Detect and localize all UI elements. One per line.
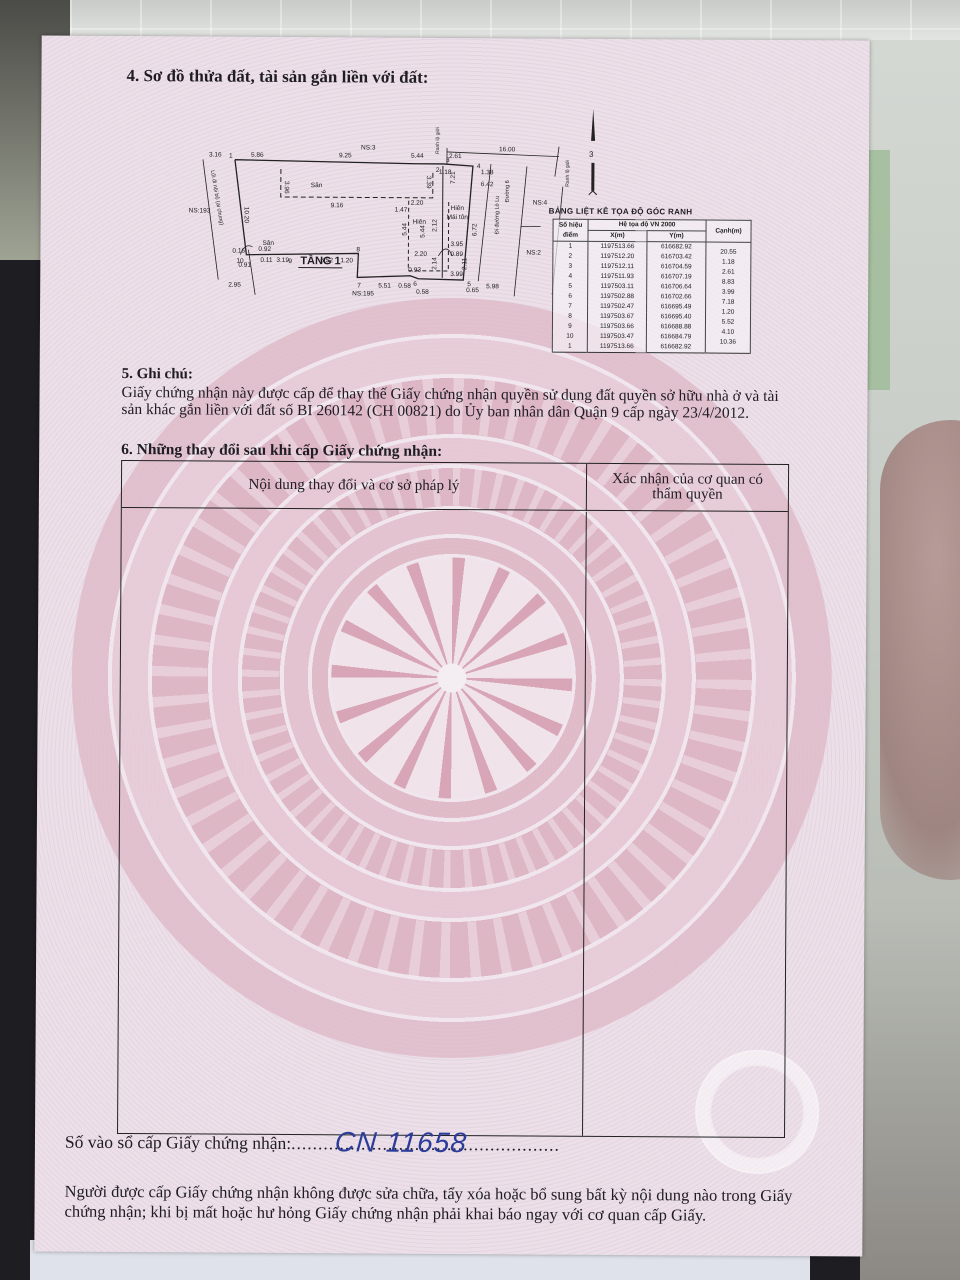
svg-text:10.20: 10.20: [243, 207, 250, 224]
svg-text:5.98: 5.98: [486, 283, 499, 290]
land-parcel-sketch: NS:3 NS:193 NS:195 NS:4 NS:2 Sân Hiên Hi…: [180, 104, 601, 307]
coordinate-edge: 7.18: [706, 293, 751, 303]
svg-text:2.14: 2.14: [431, 257, 438, 270]
coordinate-point: 2: [553, 252, 588, 262]
svg-text:5.44: 5.44: [419, 225, 426, 238]
finger-holding-document: [880, 420, 960, 880]
coordinate-x: 1197503.66: [587, 322, 646, 332]
authority-confirmation-cell: [584, 512, 788, 1137]
svg-text:0.89: 0.89: [450, 251, 463, 258]
coordinate-y: 616702.66: [647, 292, 706, 302]
svg-text:7.21: 7.21: [450, 171, 457, 184]
svg-text:3.19: 3.19: [276, 257, 289, 264]
svg-text:0.65: 0.65: [466, 287, 479, 294]
coordinate-y: 616706.64: [647, 282, 706, 292]
coordinate-x: 1197512.11: [588, 262, 647, 272]
svg-text:2.61: 2.61: [449, 153, 462, 160]
coordinate-y: 616704.59: [647, 262, 706, 272]
svg-text:1.47: 1.47: [395, 207, 408, 214]
svg-text:6.72: 6.72: [472, 223, 479, 236]
coordinate-x: 1197503.47: [587, 332, 646, 342]
coordinate-point: 3: [553, 262, 588, 272]
coordinate-point: 9: [552, 322, 587, 332]
svg-text:Ranh lộ giới: Ranh lộ giới: [435, 127, 441, 154]
coordinate-edge: 8.83: [706, 273, 751, 283]
coordinate-edge: 2.61: [706, 263, 751, 273]
svg-text:5.51: 5.51: [378, 283, 391, 290]
coordinate-x: 1197512.20: [588, 252, 647, 262]
coordinate-y: 616682.92: [647, 242, 706, 253]
svg-text:Mái tôn: Mái tôn: [447, 214, 469, 221]
coordinate-edge: 3.99: [706, 283, 751, 293]
svg-text:0.58: 0.58: [398, 283, 411, 290]
coordinate-point: 4: [553, 272, 588, 282]
change-content-cell: [118, 509, 587, 1136]
section-4-title: 4. Sơ đồ thửa đất, tài sản gắn liền với …: [126, 66, 428, 88]
svg-text:1: 1: [229, 153, 233, 160]
svg-text:7: 7: [357, 282, 361, 289]
coordinate-x: 1197502.88: [588, 292, 647, 302]
header-change-content: Nội dung thay đổi và cơ sở pháp lý: [122, 461, 587, 511]
coordinate-edge: 20.55: [706, 242, 751, 253]
coordinate-x: 1197503.11: [588, 282, 647, 292]
svg-text:3: 3: [589, 150, 594, 159]
svg-text:NS:195: NS:195: [352, 290, 374, 297]
coordinate-x: 1197513.66: [587, 342, 646, 353]
coordinate-edge: 5.52: [705, 313, 750, 323]
svg-text:3.95: 3.95: [450, 241, 463, 248]
svg-text:9.16: 9.16: [331, 202, 344, 209]
svg-text:Sân: Sân: [311, 182, 323, 189]
coordinate-edge: [705, 343, 750, 354]
coordinate-y: 616695.40: [646, 312, 705, 322]
svg-text:5.44: 5.44: [411, 153, 424, 160]
svg-text:3.99: 3.99: [450, 271, 463, 278]
header-edge: Cạnh(m): [706, 220, 751, 242]
coordinate-edge: 10.36: [705, 333, 750, 343]
header-x: X(m): [588, 230, 647, 241]
svg-text:3.96: 3.96: [283, 181, 290, 194]
svg-text:1.38: 1.38: [481, 169, 494, 176]
coordinate-y: 616695.49: [647, 302, 706, 312]
coordinate-point: 1: [552, 342, 587, 353]
svg-text:NS:3: NS:3: [361, 144, 376, 151]
svg-text:NS:193: NS:193: [189, 207, 211, 214]
coordinate-x: 1197503.67: [587, 312, 646, 322]
coordinate-y: 616682.92: [646, 342, 705, 353]
registration-number-handwritten: CN 11658: [334, 1126, 468, 1159]
svg-text:2.20: 2.20: [414, 251, 427, 258]
coordinate-y: 616688.88: [646, 322, 705, 332]
floor-label: TẦNG 1: [298, 255, 342, 268]
coordinate-x: 1197511.93: [588, 272, 647, 282]
coordinate-point: 6: [553, 292, 588, 302]
svg-text:Đi đường Lò Lu: Đi đường Lò Lu: [495, 196, 501, 235]
svg-text:3.39: 3.39: [425, 176, 432, 189]
svg-text:2.11: 2.11: [461, 257, 468, 270]
coordinate-x: 1197502.47: [588, 302, 647, 312]
coordinate-y: 616684.79: [646, 332, 705, 342]
svg-text:Hiên: Hiên: [451, 205, 465, 212]
coordinate-y: 616707.19: [647, 272, 706, 282]
coordinate-table: Số hiệu điểm Hệ tọa độ VN 2000 Cạnh(m) X…: [552, 219, 752, 354]
svg-text:Hiên: Hiên: [413, 219, 427, 226]
coordinate-point: 5: [553, 282, 588, 292]
notes-text: Giấy chứng nhận này được cấp để thay thế…: [121, 384, 801, 422]
svg-text:9.25: 9.25: [339, 152, 352, 159]
svg-text:NS:2: NS:2: [526, 249, 541, 256]
svg-text:8: 8: [356, 246, 360, 253]
svg-text:0.16: 0.16: [232, 248, 245, 255]
svg-text:0.93: 0.93: [408, 267, 421, 274]
svg-text:5.86: 5.86: [251, 152, 264, 159]
svg-text:Lối đi nội bộ (ai chung): Lối đi nội bộ (ai chung): [209, 170, 224, 226]
section-5-title: 5. Ghi chú:: [122, 366, 193, 383]
header-authority-confirmation: Xác nhận của cơ quan có thẩm quyền: [587, 464, 788, 512]
svg-text:16.00: 16.00: [499, 146, 516, 153]
section-6-title: 6. Những thay đổi sau khi cấp Giấy chứng…: [121, 441, 442, 461]
coordinate-table-title: BẢNG LIỆT KÊ TỌA ĐỘ GÓC RANH: [549, 207, 693, 217]
coordinate-y: 616703.42: [647, 252, 706, 262]
header-y: Y(m): [647, 231, 706, 242]
svg-text:3.16: 3.16: [209, 152, 222, 159]
svg-text:6.42: 6.42: [481, 181, 494, 188]
svg-text:2.20: 2.20: [411, 200, 424, 207]
svg-text:0.11: 0.11: [260, 257, 273, 264]
coordinate-point: 1: [553, 241, 588, 252]
north-arrow-icon: 3: [583, 101, 604, 201]
header-system: Hệ tọa độ VN 2000: [588, 219, 706, 231]
registration-label: Số vào sổ cấp Giấy chứng nhận:: [65, 1132, 291, 1153]
coordinate-edge: 1.18: [706, 253, 751, 263]
coordinate-row: 11197513.66616682.92: [552, 342, 750, 354]
coordinate-edge: 4.10: [705, 323, 750, 333]
header-point: Số hiệu điểm: [553, 219, 588, 241]
registration-line: Số vào sổ cấp Giấy chứng nhận:..........…: [65, 1132, 560, 1156]
svg-text:2.12: 2.12: [432, 219, 439, 232]
svg-text:6: 6: [413, 281, 417, 288]
coordinate-point: 10: [552, 332, 587, 342]
svg-text:Ranh lộ giới: Ranh lộ giới: [565, 160, 571, 187]
svg-text:5.44: 5.44: [402, 223, 409, 236]
svg-text:NS:4: NS:4: [533, 199, 548, 206]
warning-text: Người được cấp Giấy chứng nhận không đượ…: [64, 1182, 824, 1227]
svg-text:Đường 6: Đường 6: [505, 180, 511, 202]
coordinate-point: 7: [553, 302, 588, 312]
svg-text:0.91: 0.91: [238, 262, 251, 269]
coordinate-x: 1197513.66: [588, 241, 647, 252]
svg-text:0.58: 0.58: [416, 289, 429, 296]
coordinate-edge: 1.20: [706, 303, 751, 313]
svg-text:0.92: 0.92: [258, 246, 271, 253]
changes-table: Nội dung thay đổi và cơ sở pháp lý Xác n…: [117, 460, 789, 1138]
svg-text:2.95: 2.95: [228, 282, 241, 289]
certificate-page: 4. Sơ đồ thửa đất, tài sản gắn liền với …: [34, 35, 869, 1256]
coordinate-point: 8: [552, 312, 587, 322]
